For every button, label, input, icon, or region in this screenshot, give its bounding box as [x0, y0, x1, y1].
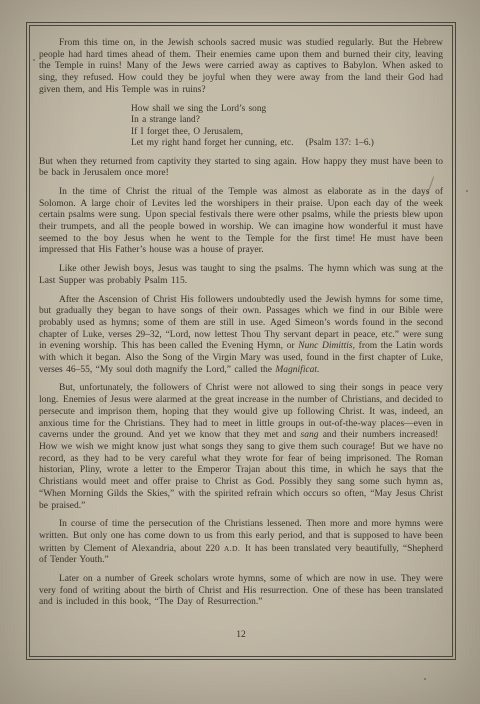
- quote-line: How shall we sing the Lord’s song: [131, 104, 443, 116]
- quote-line: If I forget thee, O Jerusalem,: [131, 127, 443, 139]
- psalm-citation: (Psalm 137: 1–6.): [306, 138, 374, 148]
- quote-line: Let my right hand forget her cunning, et…: [131, 138, 443, 150]
- paragraph-4: Like other Jewish boys, Jesus was taught…: [39, 264, 443, 287]
- paragraph-8: Later on a number of Greek scholars wrot…: [39, 574, 443, 609]
- page-text-block: From this time on, in the Jewish schools…: [30, 26, 452, 609]
- page-border-frame: From this time on, in the Jewish schools…: [26, 22, 456, 660]
- paragraph-6: But, unfortunately, the followers of Chr…: [39, 383, 443, 512]
- paragraph-5: After the Ascension of Christ His follow…: [39, 295, 443, 377]
- quote-line: In a strange land?: [131, 115, 443, 127]
- scan-speck: [466, 190, 468, 192]
- page-border-inner-frame: From this time on, in the Jewish schools…: [29, 25, 453, 657]
- scanned-book-page: From this time on, in the Jewish schools…: [0, 0, 480, 704]
- page-number: 12: [30, 630, 452, 640]
- paragraph-2: But when they returned from captivity th…: [39, 157, 443, 180]
- paragraph-7: In course of time the persecution of the…: [39, 519, 443, 567]
- paragraph-3: In the time of Christ the ritual of the …: [39, 187, 443, 257]
- quote-line-text: Let my right hand forget her cunning, et…: [131, 138, 294, 148]
- scan-speck: [424, 678, 426, 680]
- psalm-block-quote: How shall we sing the Lord’s song In a s…: [131, 104, 443, 150]
- paragraph-1: From this time on, in the Jewish schools…: [39, 38, 443, 97]
